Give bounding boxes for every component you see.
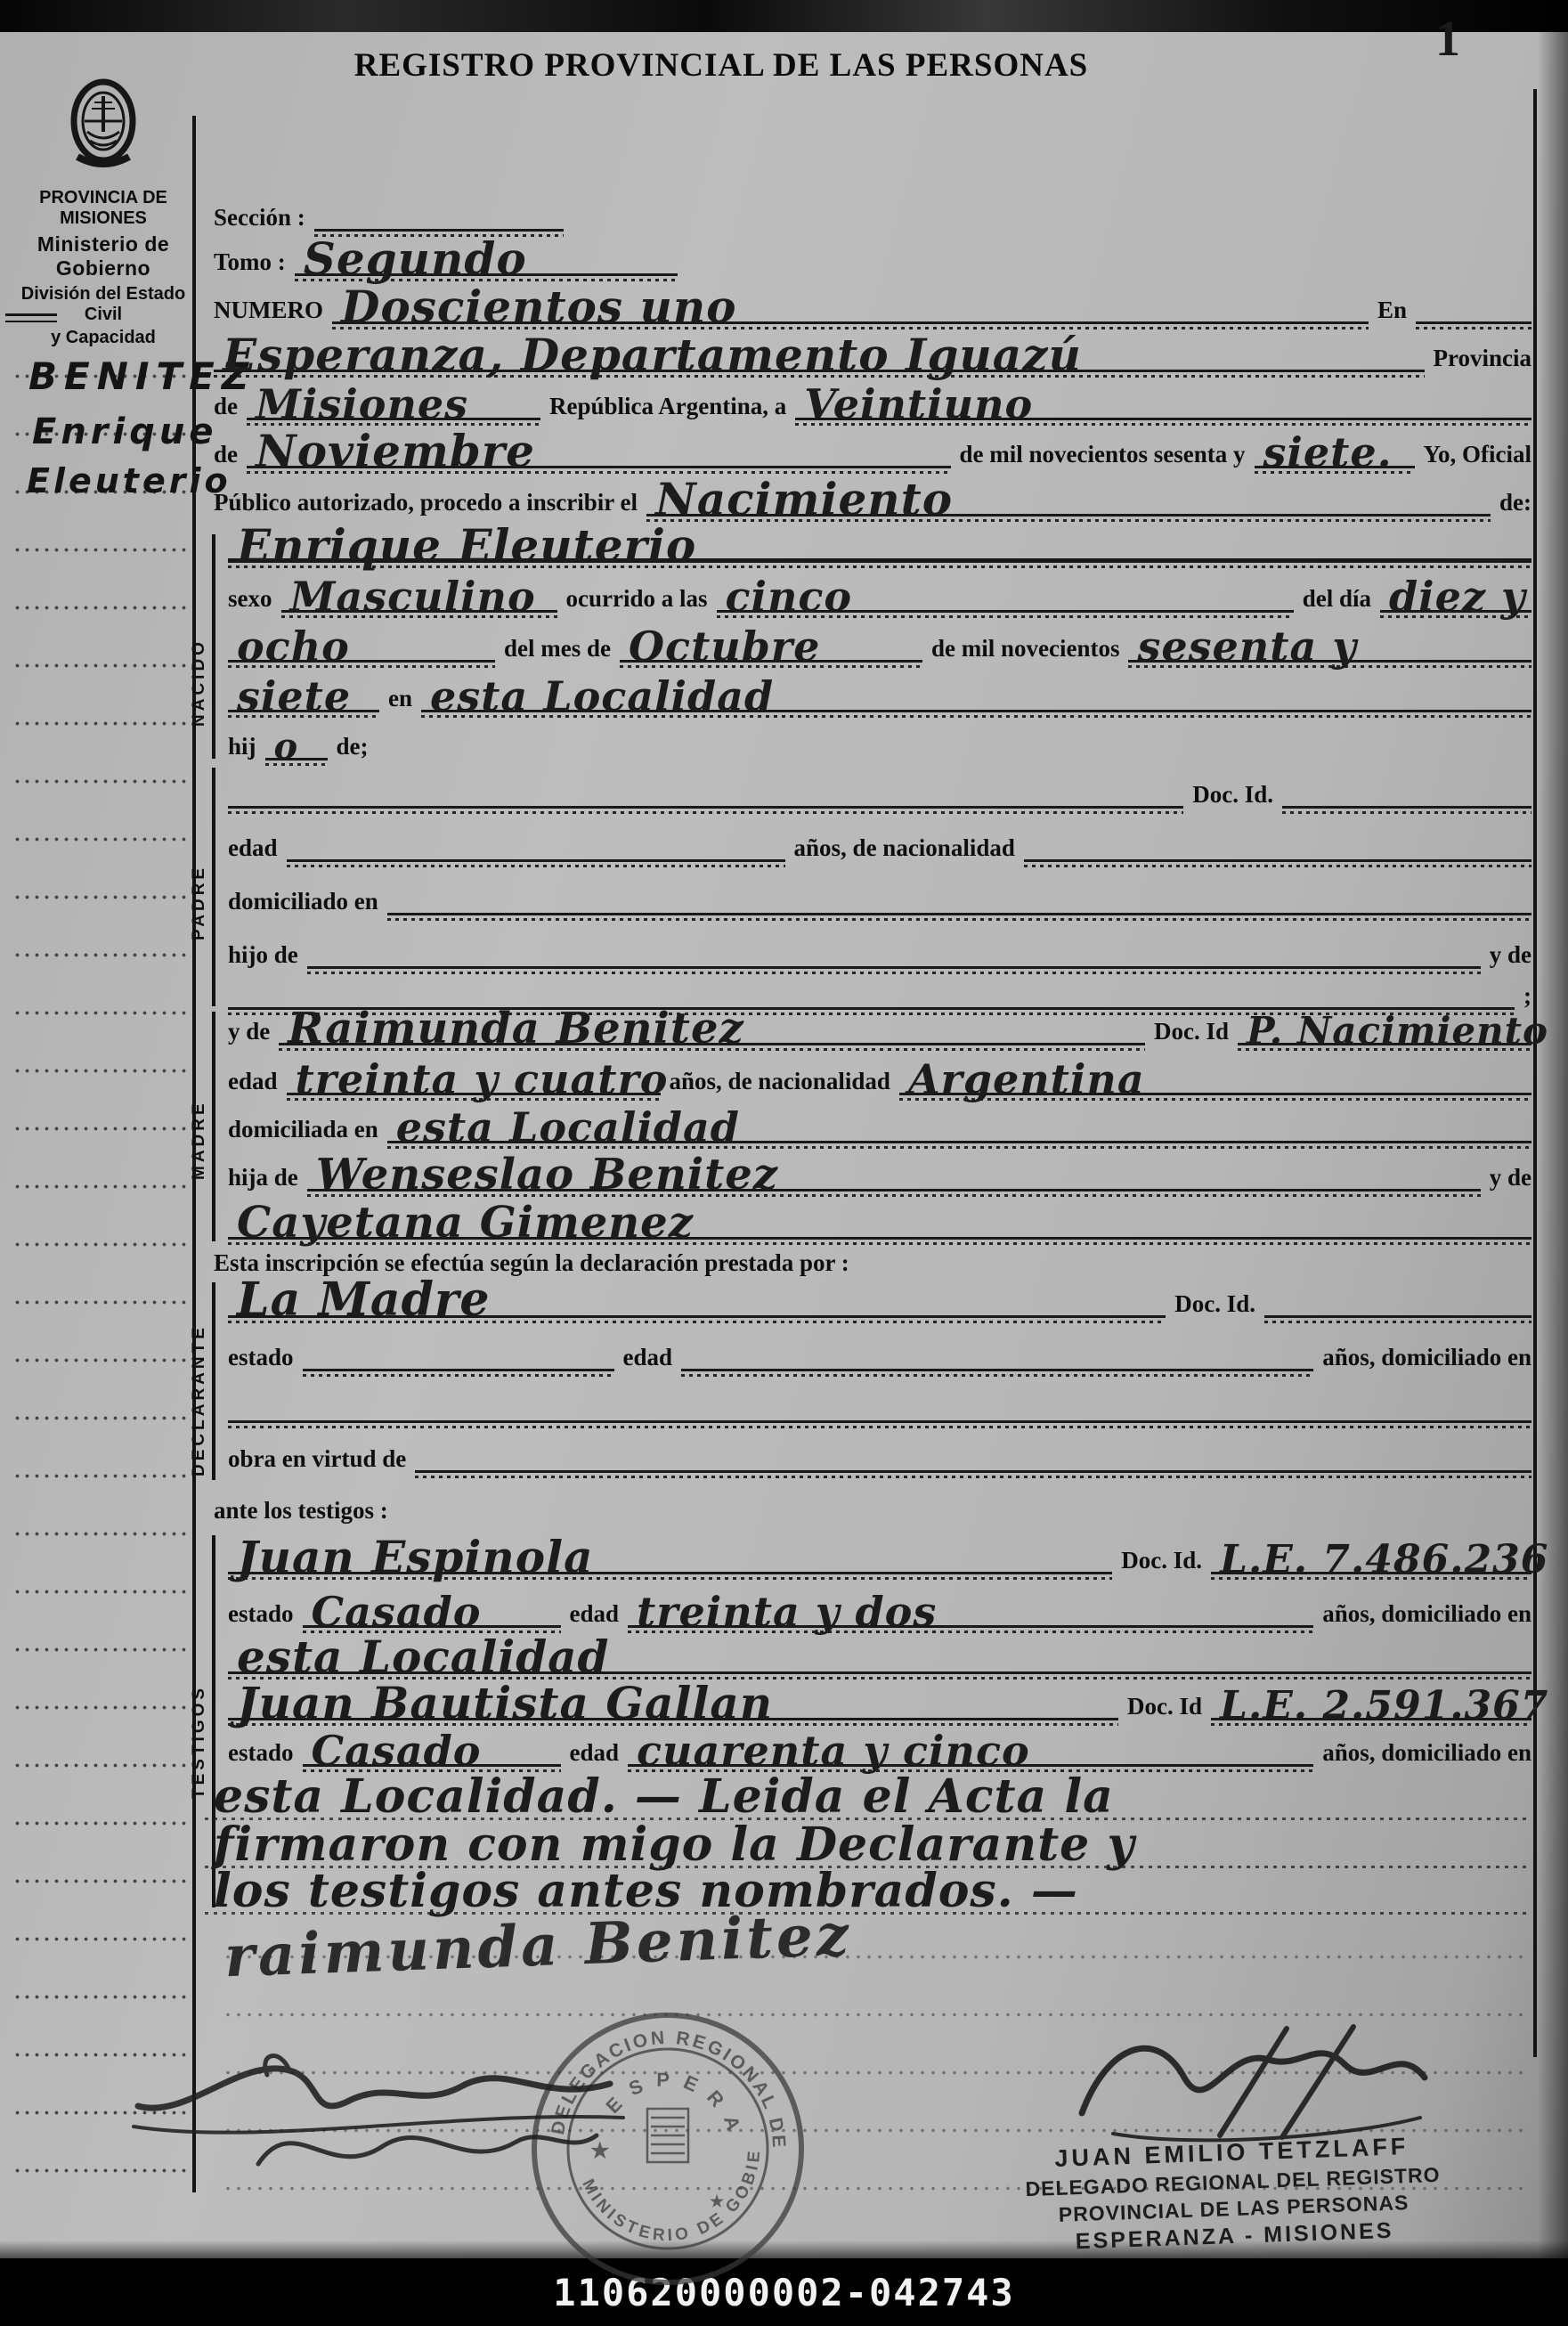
- dia-nac-value-2: ocho: [237, 630, 350, 664]
- row-fecha-nac: ocho del mes de Octubre de mil novecient…: [228, 625, 1531, 670]
- letterhead-line-4: y Capacidad: [9, 328, 198, 348]
- dia-field: Veintiuno: [795, 383, 1531, 427]
- row-acto: Público autorizado, procedo a inscribir …: [214, 479, 1531, 524]
- row-declarante-quien: La Madre Doc. Id.: [228, 1281, 1531, 1325]
- testigo-2-estado-field: Casado: [303, 1729, 561, 1774]
- madre-abuela-value: Cayetana Gimenez: [237, 1205, 694, 1241]
- row-padre-abuelos: hijo de y de: [228, 931, 1531, 976]
- row-lugar-nac: siete en esta Localidad: [228, 675, 1531, 720]
- declarante-quien-value: La Madre: [237, 1281, 490, 1320]
- book-binding-edge: [0, 0, 1568, 32]
- oficial-label: Yo, Oficial: [1424, 443, 1532, 476]
- lugar-field: Esperanza, Departamento Iguazú: [214, 335, 1425, 379]
- mes-field: Noviembre: [247, 431, 951, 476]
- testigo-2-domicilio-label: años, domiciliado en: [1322, 1741, 1531, 1774]
- section-label-testigos: TESTIGOS: [190, 1647, 213, 1799]
- sexo-value: Masculino: [290, 580, 536, 614]
- row-madre-nombre: y de Raimunda Benitez Doc. Id P. Nacimie…: [228, 1008, 1531, 1053]
- nombre-value: Enrique Eleuterio: [237, 527, 696, 565]
- padre-nombre-field: [228, 771, 1183, 816]
- madre-abuelo-field: Wenseslao Benitez: [307, 1154, 1481, 1199]
- madre-docid-value: P. Nacimiento: [1247, 1015, 1548, 1047]
- row-testigo-2: Juan Bautista Gallan Doc. Id L.E. 2.591.…: [228, 1683, 1531, 1728]
- testigo-1-docid: L.E. 7.486.236: [1220, 1543, 1548, 1576]
- row-cierre-1: esta Localidad. — Leida el Acta la: [205, 1777, 1531, 1822]
- testigos-intro-label: ante los testigos :: [214, 1499, 388, 1532]
- row-hijo-de: hij o de;: [228, 723, 1531, 768]
- hora-label: ocurrido a las: [566, 587, 708, 620]
- testigo-2-docid-field: L.E. 2.591.367: [1211, 1683, 1531, 1728]
- anio-label: de mil novecientos sesenta y: [960, 443, 1246, 476]
- testigo-1-domicilio-label: años, domiciliado en: [1322, 1602, 1531, 1635]
- acto-value: Nacimiento: [655, 481, 953, 519]
- cierre-1-field: esta Localidad. — Leida el Acta la: [205, 1777, 1531, 1822]
- section-label-declarante: DECLARANTE: [190, 1289, 213, 1476]
- testigo-1-estado-field: Casado: [303, 1590, 561, 1635]
- margin-given-name-1: Enrique: [32, 411, 217, 452]
- madre-nacionalidad-field: Argentina: [899, 1058, 1531, 1102]
- row-cierre-3: los testigos antes nombrados. —: [205, 1872, 1531, 1916]
- page-number: 1: [1435, 11, 1460, 68]
- row-testigos-intro: ante los testigos :: [214, 1487, 1531, 1532]
- row-madre-abuelo: hija de Wenseslao Benitez y de: [228, 1154, 1531, 1199]
- madre-edad-label: edad: [228, 1069, 278, 1102]
- testigo-2-nombre-field: Juan Bautista Gallan: [228, 1683, 1118, 1728]
- margin-divider-rule: [5, 313, 57, 322]
- row-padre-nombre: Doc. Id.: [228, 771, 1531, 816]
- hora-field: cinco: [717, 575, 1294, 620]
- seccion-label: Sección :: [214, 206, 305, 239]
- madre-domicilio-label: domiciliada en: [228, 1118, 378, 1151]
- section-label-madre: MADRE: [190, 1082, 213, 1180]
- declarante-edad-label: edad: [623, 1346, 673, 1379]
- dia-nac-field-1: diez y: [1380, 575, 1531, 620]
- dia-nac-field-2: ocho: [228, 625, 495, 670]
- testigo-1-docid-label: Doc. Id.: [1121, 1549, 1202, 1582]
- madre-nombre-field: Raimunda Benitez: [279, 1008, 1145, 1053]
- hijo-sufijo-field: o: [265, 723, 328, 768]
- declarante-docid-label: Doc. Id.: [1174, 1292, 1255, 1325]
- testigo-2-edad-field: cuarenta y cinco: [628, 1729, 1313, 1774]
- numero-label: NUMERO: [214, 298, 323, 331]
- lugar-nac-value: esta Localidad: [430, 679, 774, 714]
- testigo-1-edad-field: treinta y dos: [628, 1590, 1313, 1635]
- page-title: REGISTRO PROVINCIAL DE LAS PERSONAS: [294, 46, 1149, 85]
- testigo-2-docid: L.E. 2.591.367: [1220, 1689, 1548, 1722]
- testigo-2-estado: Casado: [312, 1734, 482, 1769]
- provincia-label: Provincia: [1434, 346, 1532, 379]
- tomo-field: Segundo: [295, 239, 678, 283]
- row-padre-edad: edad años, de nacionalidad: [228, 825, 1531, 869]
- declarante-estado-field: [303, 1334, 614, 1379]
- row-numero: NUMERO Doscientos uno En: [214, 287, 1531, 331]
- declarante-quien-field: La Madre: [228, 1281, 1166, 1325]
- row-padre-domicilio: domiciliado en: [228, 878, 1531, 923]
- anio-nac-value-2: siete: [237, 679, 351, 714]
- testigo-1-estado: Casado: [312, 1595, 482, 1630]
- madre-edad-field: treinta y cuatro: [287, 1058, 661, 1102]
- declarante-docid-field: [1264, 1281, 1531, 1325]
- padre-nacionalidad-field: [1024, 825, 1531, 869]
- mes-value: Noviembre: [256, 433, 535, 471]
- declarante-domicilio-label: años, domiciliado en: [1322, 1346, 1531, 1379]
- declarante-domicilio-field: [228, 1386, 1531, 1430]
- cierre-2: firmaron con migo la Declarante y: [214, 1826, 1135, 1865]
- madre-abuelo-value: Wenseslao Benitez: [316, 1157, 778, 1193]
- scanned-birth-certificate: { "document": { "page_number": "1", "foo…: [0, 0, 1568, 2326]
- row-testigo-2-datos: estado Casado edad cuarenta y cinco años…: [228, 1729, 1531, 1774]
- hijo-de-label: de;: [337, 735, 369, 768]
- section-label-padre: PADRE: [190, 842, 213, 940]
- cierre-3: los testigos antes nombrados. —: [214, 1872, 1078, 1911]
- madre-docid-field: P. Nacimiento: [1238, 1008, 1531, 1053]
- provincia-field: Misiones: [247, 383, 540, 427]
- padre-domicilio-label: domiciliado en: [228, 890, 378, 923]
- nombre-field: Enrique Eleuterio: [228, 525, 1531, 570]
- lugar-nac-field: esta Localidad: [421, 675, 1531, 720]
- row-testigo-1-domicilio: esta Localidad: [228, 1637, 1531, 1681]
- hijo-sufijo-value: o: [274, 732, 299, 762]
- anio-nac-field-1: sesenta y: [1128, 625, 1531, 670]
- row-mes: de Noviembre de mil novecientos sesenta …: [214, 431, 1531, 476]
- padre-hijo-de-label: hijo de: [228, 943, 298, 976]
- padre-y-de-label: y de: [1490, 943, 1531, 976]
- anio-field: siete.: [1255, 431, 1415, 476]
- de-colon-label: de:: [1499, 491, 1531, 524]
- madre-domicilio-value: esta Localidad: [396, 1110, 740, 1145]
- row-provincia: de Misiones República Argentina, a Veint…: [214, 383, 1531, 427]
- numero-field: Doscientos uno: [332, 287, 1369, 331]
- mes-nac-label: del mes de: [504, 637, 611, 670]
- row-declarante-obra: obra en virtud de: [228, 1435, 1531, 1480]
- anio-nac-field-2: siete: [228, 675, 379, 720]
- anio-nac-label: de mil novecientos: [931, 637, 1119, 670]
- republica-label: República Argentina, a: [549, 394, 786, 427]
- official-name-stamp: JUAN EMILIO TETZLAFF DELEGADO REGIONAL D…: [1013, 2131, 1453, 2257]
- row-testigo-1-datos: estado Casado edad treinta y dos años, d…: [228, 1590, 1531, 1635]
- cierre-3-field: los testigos antes nombrados. —: [205, 1872, 1531, 1916]
- hora-value: cinco: [726, 580, 853, 614]
- official-signature-flourish-icon: [1060, 2011, 1442, 2153]
- de-label-2: de: [214, 443, 238, 476]
- madre-hija-de-label: hija de: [228, 1166, 298, 1199]
- section-label-nacido: NACIDO: [190, 584, 213, 727]
- margin-ruled-lines: [12, 347, 187, 2195]
- en-nac-label: en: [388, 687, 412, 720]
- madre-y-de-label: y de: [228, 1020, 270, 1053]
- de-label: de: [214, 394, 238, 427]
- row-declarante-estado: estado edad años, domiciliado en: [228, 1334, 1531, 1379]
- declarante-obra-label: obra en virtud de: [228, 1447, 406, 1480]
- en-label: En: [1377, 298, 1407, 331]
- row-madre-edad: edad treinta y cuatro años, de nacionali…: [228, 1058, 1531, 1102]
- letterhead-line-2: Ministerio de Gobierno: [9, 232, 198, 281]
- provincia-value: Misiones: [256, 387, 468, 422]
- row-testigo-1: Juan Espinola Doc. Id. L.E. 7.486.236: [228, 1537, 1531, 1582]
- dia-nac-value-1: diez y: [1389, 580, 1526, 614]
- row-tomo: Tomo : Segundo: [214, 239, 1531, 283]
- padre-nacionalidad-label: años, de nacionalidad: [794, 836, 1015, 869]
- madre-nombre-value: Raimunda Benitez: [288, 1011, 744, 1047]
- lugar-value: Esperanza, Departamento Iguazú: [223, 337, 1082, 375]
- cierre-1: esta Localidad. — Leida el Acta la: [214, 1777, 1114, 1817]
- anio-nac-value-1: sesenta y: [1137, 630, 1357, 664]
- row-nombre-inscripto: Enrique Eleuterio: [228, 525, 1531, 570]
- dia-nac-label: del día: [1303, 587, 1371, 620]
- mes-nac-value: Octubre: [629, 630, 820, 664]
- sexo-label: sexo: [228, 587, 272, 620]
- en-field: [1416, 287, 1531, 331]
- sexo-field: Masculino: [281, 575, 557, 620]
- padre-docid-label: Doc. Id.: [1192, 783, 1273, 816]
- testigo-1-nombre: Juan Espinola: [237, 1539, 593, 1577]
- svg-text:★: ★: [710, 2192, 725, 2210]
- testigo-2-nombre: Juan Bautista Gallan: [237, 1685, 773, 1723]
- row-declarante-domicilio: [228, 1386, 1531, 1430]
- row-sexo-hora: sexo Masculino ocurrido a las cinco del …: [228, 575, 1531, 620]
- tomo-label: Tomo :: [214, 250, 286, 283]
- padre-domicilio-field: [387, 878, 1531, 923]
- acto-field: Nacimiento: [646, 479, 1491, 524]
- testigo-2-docid-label: Doc. Id: [1127, 1695, 1202, 1728]
- padre-edad-label: edad: [228, 836, 278, 869]
- testigo-1-docid-field: L.E. 7.486.236: [1211, 1537, 1531, 1582]
- testigo-1-domicilio-field: esta Localidad: [228, 1637, 1531, 1681]
- declarante-edad-field: [681, 1334, 1313, 1379]
- testigo-1-nombre-field: Juan Espinola: [228, 1537, 1112, 1582]
- tomo-value: Segundo: [304, 240, 527, 279]
- padre-abuelo-field: [307, 931, 1481, 976]
- declarante-obra-field: [415, 1435, 1531, 1480]
- anio-value: siete.: [1263, 435, 1393, 470]
- page-right-edge-shadow: [1538, 32, 1568, 2258]
- witness-signatures-flourish-icon: [125, 2021, 641, 2191]
- dia-value: Veintiuno: [804, 387, 1033, 422]
- testigo-1-domicilio: esta Localidad: [237, 1639, 610, 1677]
- numero-value: Doscientos uno: [341, 289, 737, 327]
- madre-docid-label: Doc. Id: [1154, 1020, 1229, 1053]
- padre-edad-field: [287, 825, 785, 869]
- row-lugar: Esperanza, Departamento Iguazú Provincia: [214, 335, 1531, 379]
- margin-given-name-2: Eleuterio: [27, 461, 232, 500]
- madre-y-de-2-label: y de: [1490, 1166, 1531, 1199]
- testigo-1-edad: treinta y dos: [637, 1595, 937, 1630]
- declarante-estado-label: estado: [228, 1346, 294, 1379]
- letterhead: PROVINCIA DE MISIONES Ministerio de Gobi…: [9, 78, 198, 348]
- padre-docid-field: [1282, 771, 1531, 816]
- letterhead-line-1: PROVINCIA DE MISIONES: [9, 188, 198, 229]
- madre-nacionalidad-value: Argentina: [908, 1062, 1145, 1097]
- row-madre-domicilio: domiciliada en esta Localidad: [228, 1106, 1531, 1151]
- madre-domicilio-field: esta Localidad: [387, 1106, 1531, 1151]
- madre-nacionalidad-label: años, de nacionalidad: [670, 1069, 890, 1102]
- misiones-coat-of-arms-icon: [65, 78, 142, 176]
- form-right-border: [1533, 89, 1537, 2057]
- hijo-label: hij: [228, 735, 256, 768]
- mes-nac-field: Octubre: [620, 625, 922, 670]
- testigo-2-edad: cuarenta y cinco: [637, 1734, 1030, 1769]
- madre-edad-value: treinta y cuatro: [296, 1062, 669, 1097]
